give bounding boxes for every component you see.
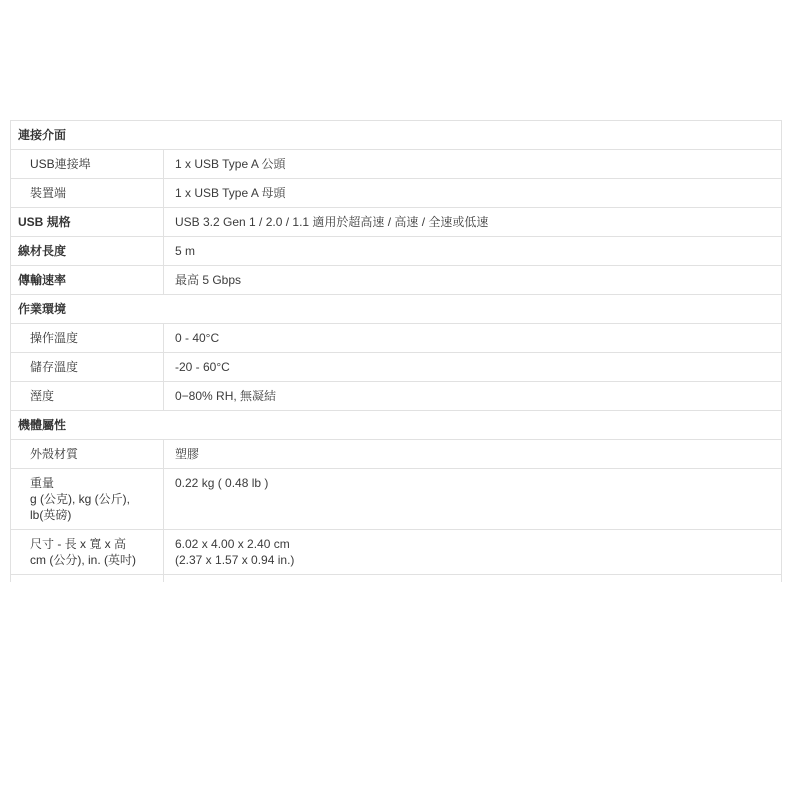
row-partial-cutoff [11,575,781,582]
spec-label: 溼度 [11,382,163,410]
row-operating-temperature: 操作溫度 0 - 40°C [11,324,781,353]
spec-label [11,575,163,582]
spec-label-line2: cm (公分), in. (英吋) [30,552,155,568]
spec-value: USB 3.2 Gen 1 / 2.0 / 1.1 適用於超高速 / 高速 / … [163,208,781,236]
section-title: 機體屬性 [11,411,781,439]
spec-value: 6.02 x 4.00 x 2.40 cm (2.37 x 1.57 x 0.9… [163,530,781,574]
spec-label: USB 規格 [11,208,163,236]
spec-label: 尺寸 - 長 x 寬 x 高 cm (公分), in. (英吋) [11,530,163,574]
spec-value: 0 - 40°C [163,324,781,352]
spec-value: 0−80% RH, 無凝結 [163,382,781,410]
row-humidity: 溼度 0−80% RH, 無凝結 [11,382,781,411]
spec-label: 裝置端 [11,179,163,207]
row-dimensions: 尺寸 - 長 x 寬 x 高 cm (公分), in. (英吋) 6.02 x … [11,530,781,575]
section-connection-interface: 連接介面 [11,121,781,150]
spec-label: 重量 g (公克), kg (公斤), lb(英磅) [11,469,163,529]
spec-value-line2: (2.37 x 1.57 x 0.94 in.) [175,552,773,568]
row-weight: 重量 g (公克), kg (公斤), lb(英磅) 0.22 kg ( 0.4… [11,469,781,530]
spec-label-line1: 重量 [30,475,155,491]
spec-table: 連接介面 USB連接埠 1 x USB Type A 公頭 裝置端 1 x US… [10,120,782,582]
spec-label: 操作溫度 [11,324,163,352]
row-storage-temperature: 儲存溫度 -20 - 60°C [11,353,781,382]
spec-label: 線材長度 [11,237,163,265]
row-cable-length: 線材長度 5 m [11,237,781,266]
spec-label-line2: g (公克), kg (公斤), lb(英磅) [30,491,155,523]
row-usb-spec: USB 規格 USB 3.2 Gen 1 / 2.0 / 1.1 適用於超高速 … [11,208,781,237]
section-operating-environment: 作業環境 [11,295,781,324]
spec-label: 儲存溫度 [11,353,163,381]
spec-value: -20 - 60°C [163,353,781,381]
spec-value: 1 x USB Type A 母頭 [163,179,781,207]
spec-value-line1: 6.02 x 4.00 x 2.40 cm [175,536,773,552]
row-transfer-rate: 傳輸速率 最高 5 Gbps [11,266,781,295]
spec-value: 1 x USB Type A 公頭 [163,150,781,178]
spec-value [163,575,781,582]
spec-value: 塑膠 [163,440,781,468]
spec-label: 傳輸速率 [11,266,163,294]
section-title: 連接介面 [11,121,781,149]
spec-value: 0.22 kg ( 0.48 lb ) [163,469,781,529]
spec-value: 最高 5 Gbps [163,266,781,294]
spec-label: 外殼材質 [11,440,163,468]
row-housing-material: 外殼材質 塑膠 [11,440,781,469]
page: 連接介面 USB連接埠 1 x USB Type A 公頭 裝置端 1 x US… [0,0,800,800]
section-title: 作業環境 [11,295,781,323]
section-physical-properties: 機體屬性 [11,411,781,440]
row-device-end: 裝置端 1 x USB Type A 母頭 [11,179,781,208]
spec-value: 5 m [163,237,781,265]
spec-label-line1: 尺寸 - 長 x 寬 x 高 [30,536,155,552]
row-usb-port: USB連接埠 1 x USB Type A 公頭 [11,150,781,179]
spec-label: USB連接埠 [11,150,163,178]
